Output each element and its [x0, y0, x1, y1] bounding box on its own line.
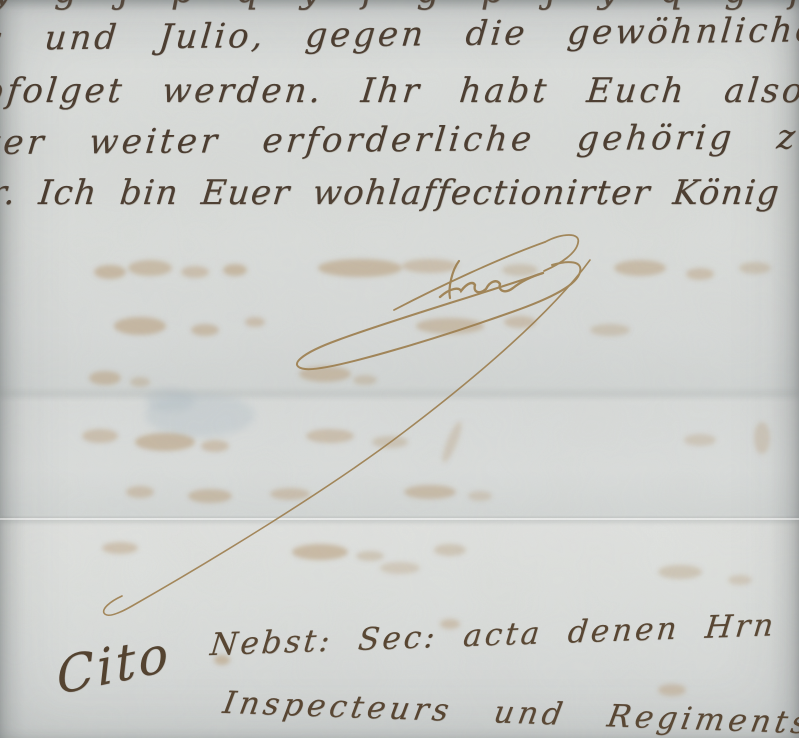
handwriting-line: ter weiter erforderliche gehörig zu ver — [0, 119, 799, 160]
handwriting-line: bfolget werden. Ihr habt Euch also darna — [0, 74, 799, 108]
signature-caption — [290, 240, 590, 370]
handwriting-line: r. Ich bin Euer wohlaffectionirter König… — [0, 176, 799, 210]
fold-shadow — [0, 390, 799, 398]
fold-crease — [0, 518, 799, 520]
docket-line: Nebst: Sec: acta denen Hrn General — [209, 604, 799, 661]
manuscript-scan: y g j p q y f g p j y q g f j y p g q j … — [0, 0, 799, 738]
docket-margin-note: Cito — [55, 628, 172, 703]
docket-line: Inspecteurs und Regiments ge — [221, 688, 799, 738]
handwriting-line: s und Julio, gegen die gewöhnlichen tra — [0, 12, 799, 56]
handwriting-line-fragment: y g j p q y f g p j y q g f j y p g q j … — [0, 0, 799, 9]
